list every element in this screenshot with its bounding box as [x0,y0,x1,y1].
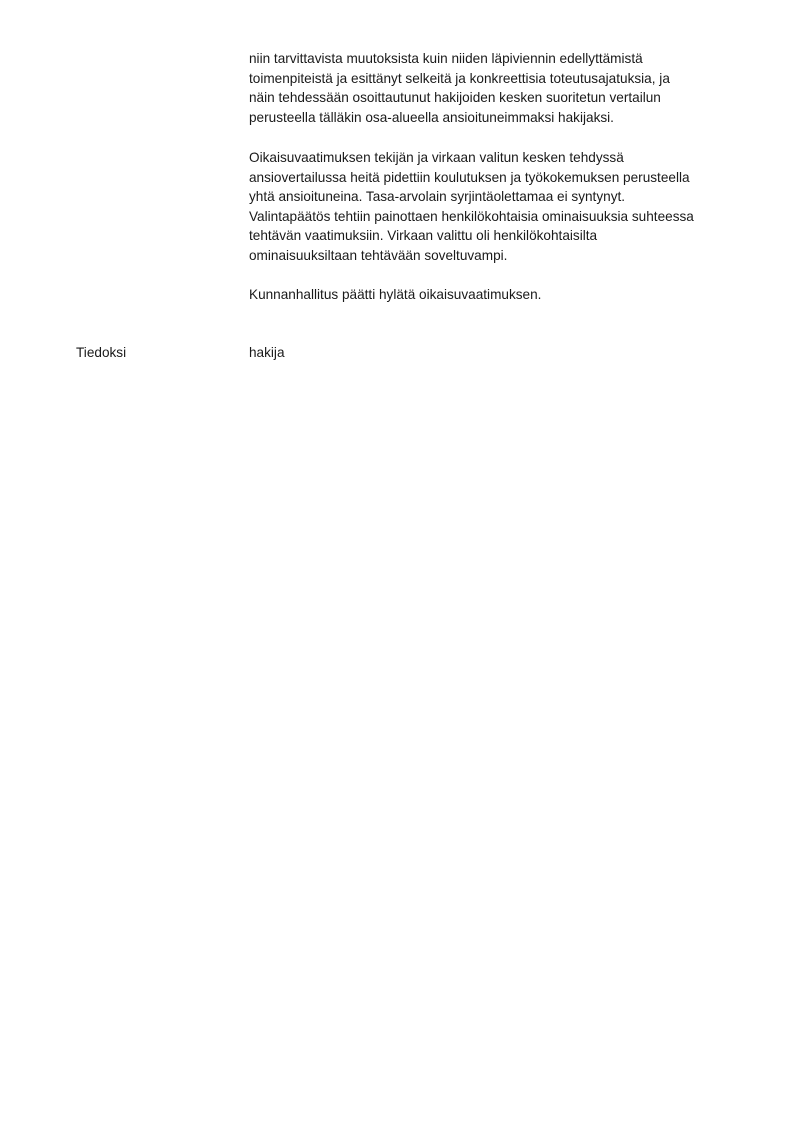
document-page: niin tarvittavista muutoksista kuin niid… [0,0,794,1122]
text-line: perusteella tälläkin osa-alueella ansioi… [249,108,749,128]
paragraph-decision: Kunnanhallitus päätti hylätä oikaisuvaat… [249,285,749,305]
paragraph-comparison: Oikaisuvaatimuksen tekijän ja virkaan va… [249,148,749,265]
text-line: ominaisuuksiltaan tehtävään soveltuvampi… [249,246,749,266]
distribution-label: Tiedoksi [76,343,126,363]
text-line: niin tarvittavista muutoksista kuin niid… [249,49,749,69]
text-line: Oikaisuvaatimuksen tekijän ja virkaan va… [249,148,749,168]
text-line: ansiovertailussa heitä pidettiin koulutu… [249,168,749,188]
text-line: tehtävän vaatimuksiin. Virkaan valittu o… [249,226,749,246]
paragraph-justification: niin tarvittavista muutoksista kuin niid… [249,49,749,127]
distribution-value: hakija [249,343,285,363]
text-line: näin tehdessään osoittautunut hakijoiden… [249,88,749,108]
text-line: Valintapäätös tehtiin painottaen henkilö… [249,207,749,227]
text-line: yhtä ansioituneina. Tasa-arvolain syrjin… [249,187,749,207]
text-line: toimenpiteistä ja esittänyt selkeitä ja … [249,69,749,89]
text-line: Kunnanhallitus päätti hylätä oikaisuvaat… [249,285,749,305]
